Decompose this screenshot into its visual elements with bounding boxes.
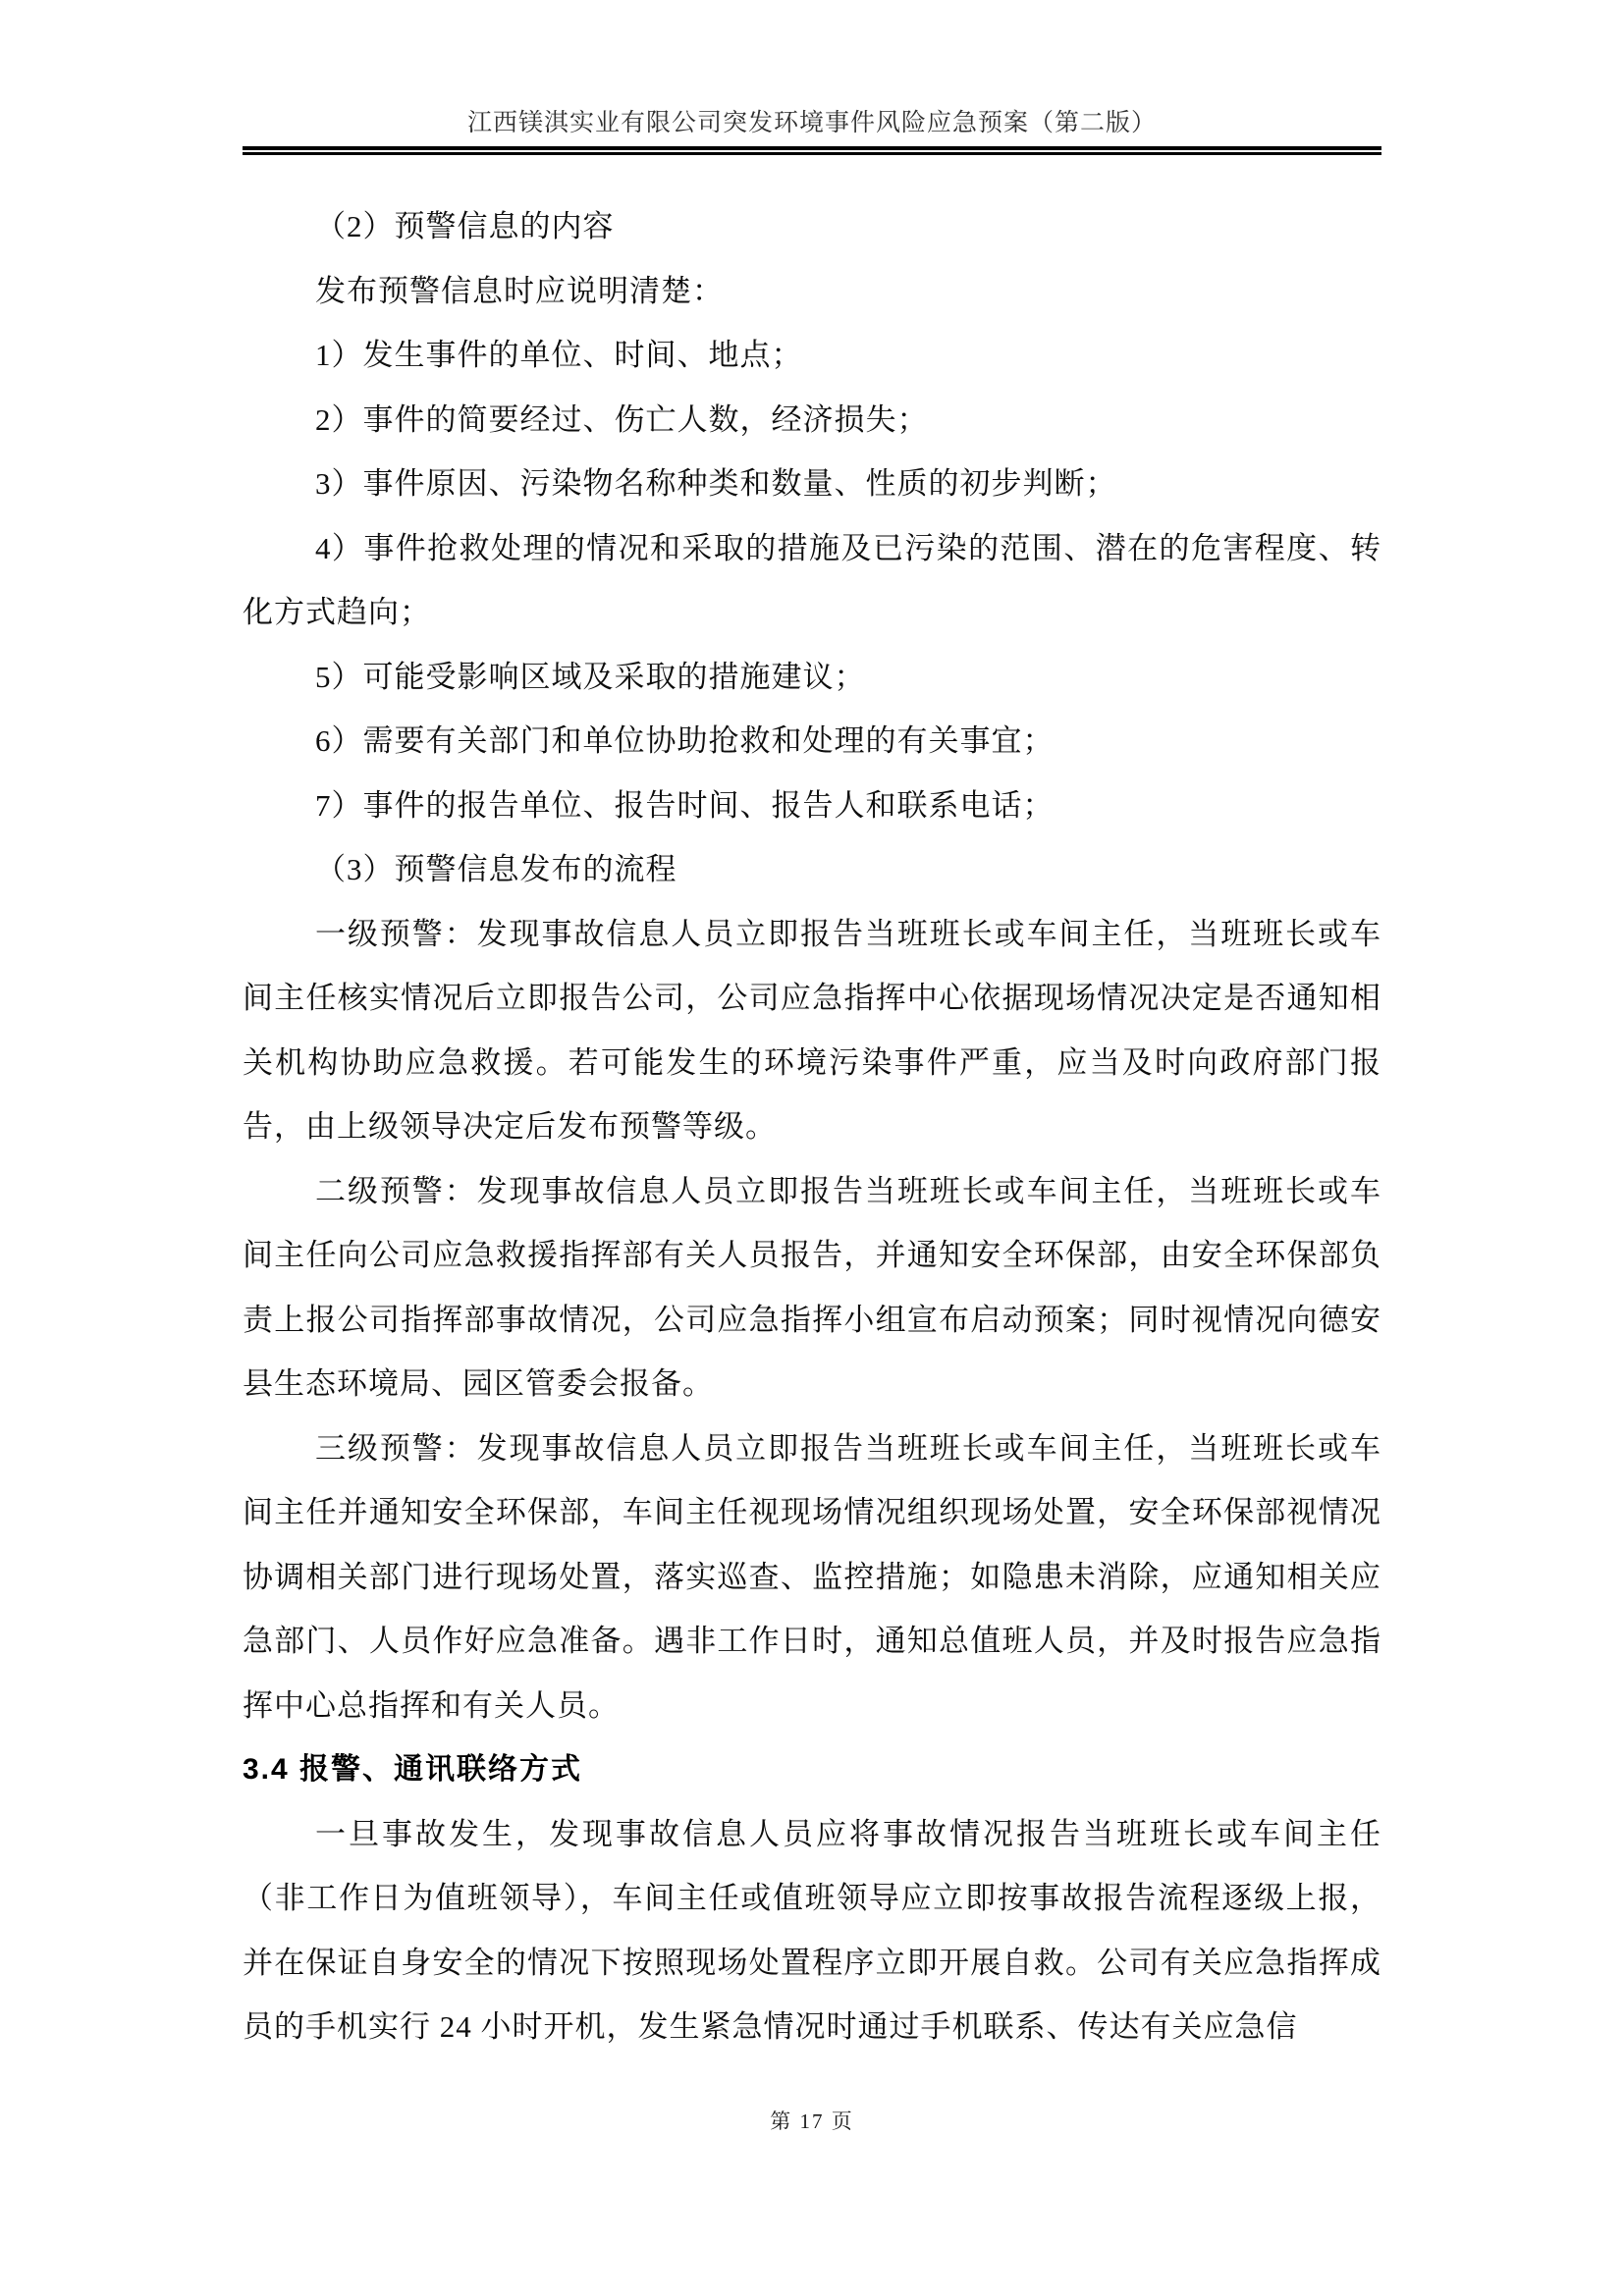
page-footer: 第 17 页	[0, 2106, 1624, 2135]
list-item-4: 4）事件抢救处理的情况和采取的措施及已污染的范围、潜在的危害程度、转化方式趋向；	[243, 516, 1381, 645]
list-item-5: 5）可能受影响区域及采取的措施建议；	[243, 645, 1381, 710]
header-title: 江西镁淇实业有限公司突发环境事件风险应急预案（第二版）	[243, 106, 1381, 141]
paragraph-warning-info-intro: 发布预警信息时应说明清楚：	[243, 259, 1381, 324]
list-item-2: 2）事件的简要经过、伤亡人数，经济损失；	[243, 388, 1381, 453]
paragraph-alarm-communication: 一旦事故发生，发现事故信息人员应将事故情况报告当班班长或车间主任（非工作日为值班…	[243, 1802, 1381, 2059]
list-item-1: 1）发生事件的单位、时间、地点；	[243, 323, 1381, 388]
paragraph-level-1-warning: 一级预警：发现事故信息人员立即报告当班班长或车间主任，当班班长或车间主任核实情况…	[243, 902, 1381, 1159]
document-page: 江西镁淇实业有限公司突发环境事件风险应急预案（第二版） （2）预警信息的内容 发…	[0, 0, 1624, 2296]
paragraph-level-2-warning: 二级预警：发现事故信息人员立即报告当班班长或车间主任，当班班长或车间主任向公司应…	[243, 1159, 1381, 1416]
page-number: 第 17 页	[770, 2109, 854, 2133]
document-body: （2）预警信息的内容 发布预警信息时应说明清楚： 1）发生事件的单位、时间、地点…	[243, 194, 1381, 2059]
paragraph-warning-release-flow-label: （3）预警信息发布的流程	[243, 837, 1381, 902]
paragraph-level-3-warning: 三级预警：发现事故信息人员立即报告当班班长或车间主任，当班班长或车间主任并通知安…	[243, 1416, 1381, 1738]
list-item-6: 6）需要有关部门和单位协助抢救和处理的有关事宜；	[243, 709, 1381, 774]
list-item-7: 7）事件的报告单位、报告时间、报告人和联系电话；	[243, 774, 1381, 838]
list-item-3: 3）事件原因、污染物名称种类和数量、性质的初步判断；	[243, 452, 1381, 516]
section-heading-3-4: 3.4 报警、通讯联络方式	[243, 1737, 1381, 1802]
paragraph-warning-info-content-label: （2）预警信息的内容	[243, 194, 1381, 259]
header-double-rule	[243, 146, 1381, 155]
